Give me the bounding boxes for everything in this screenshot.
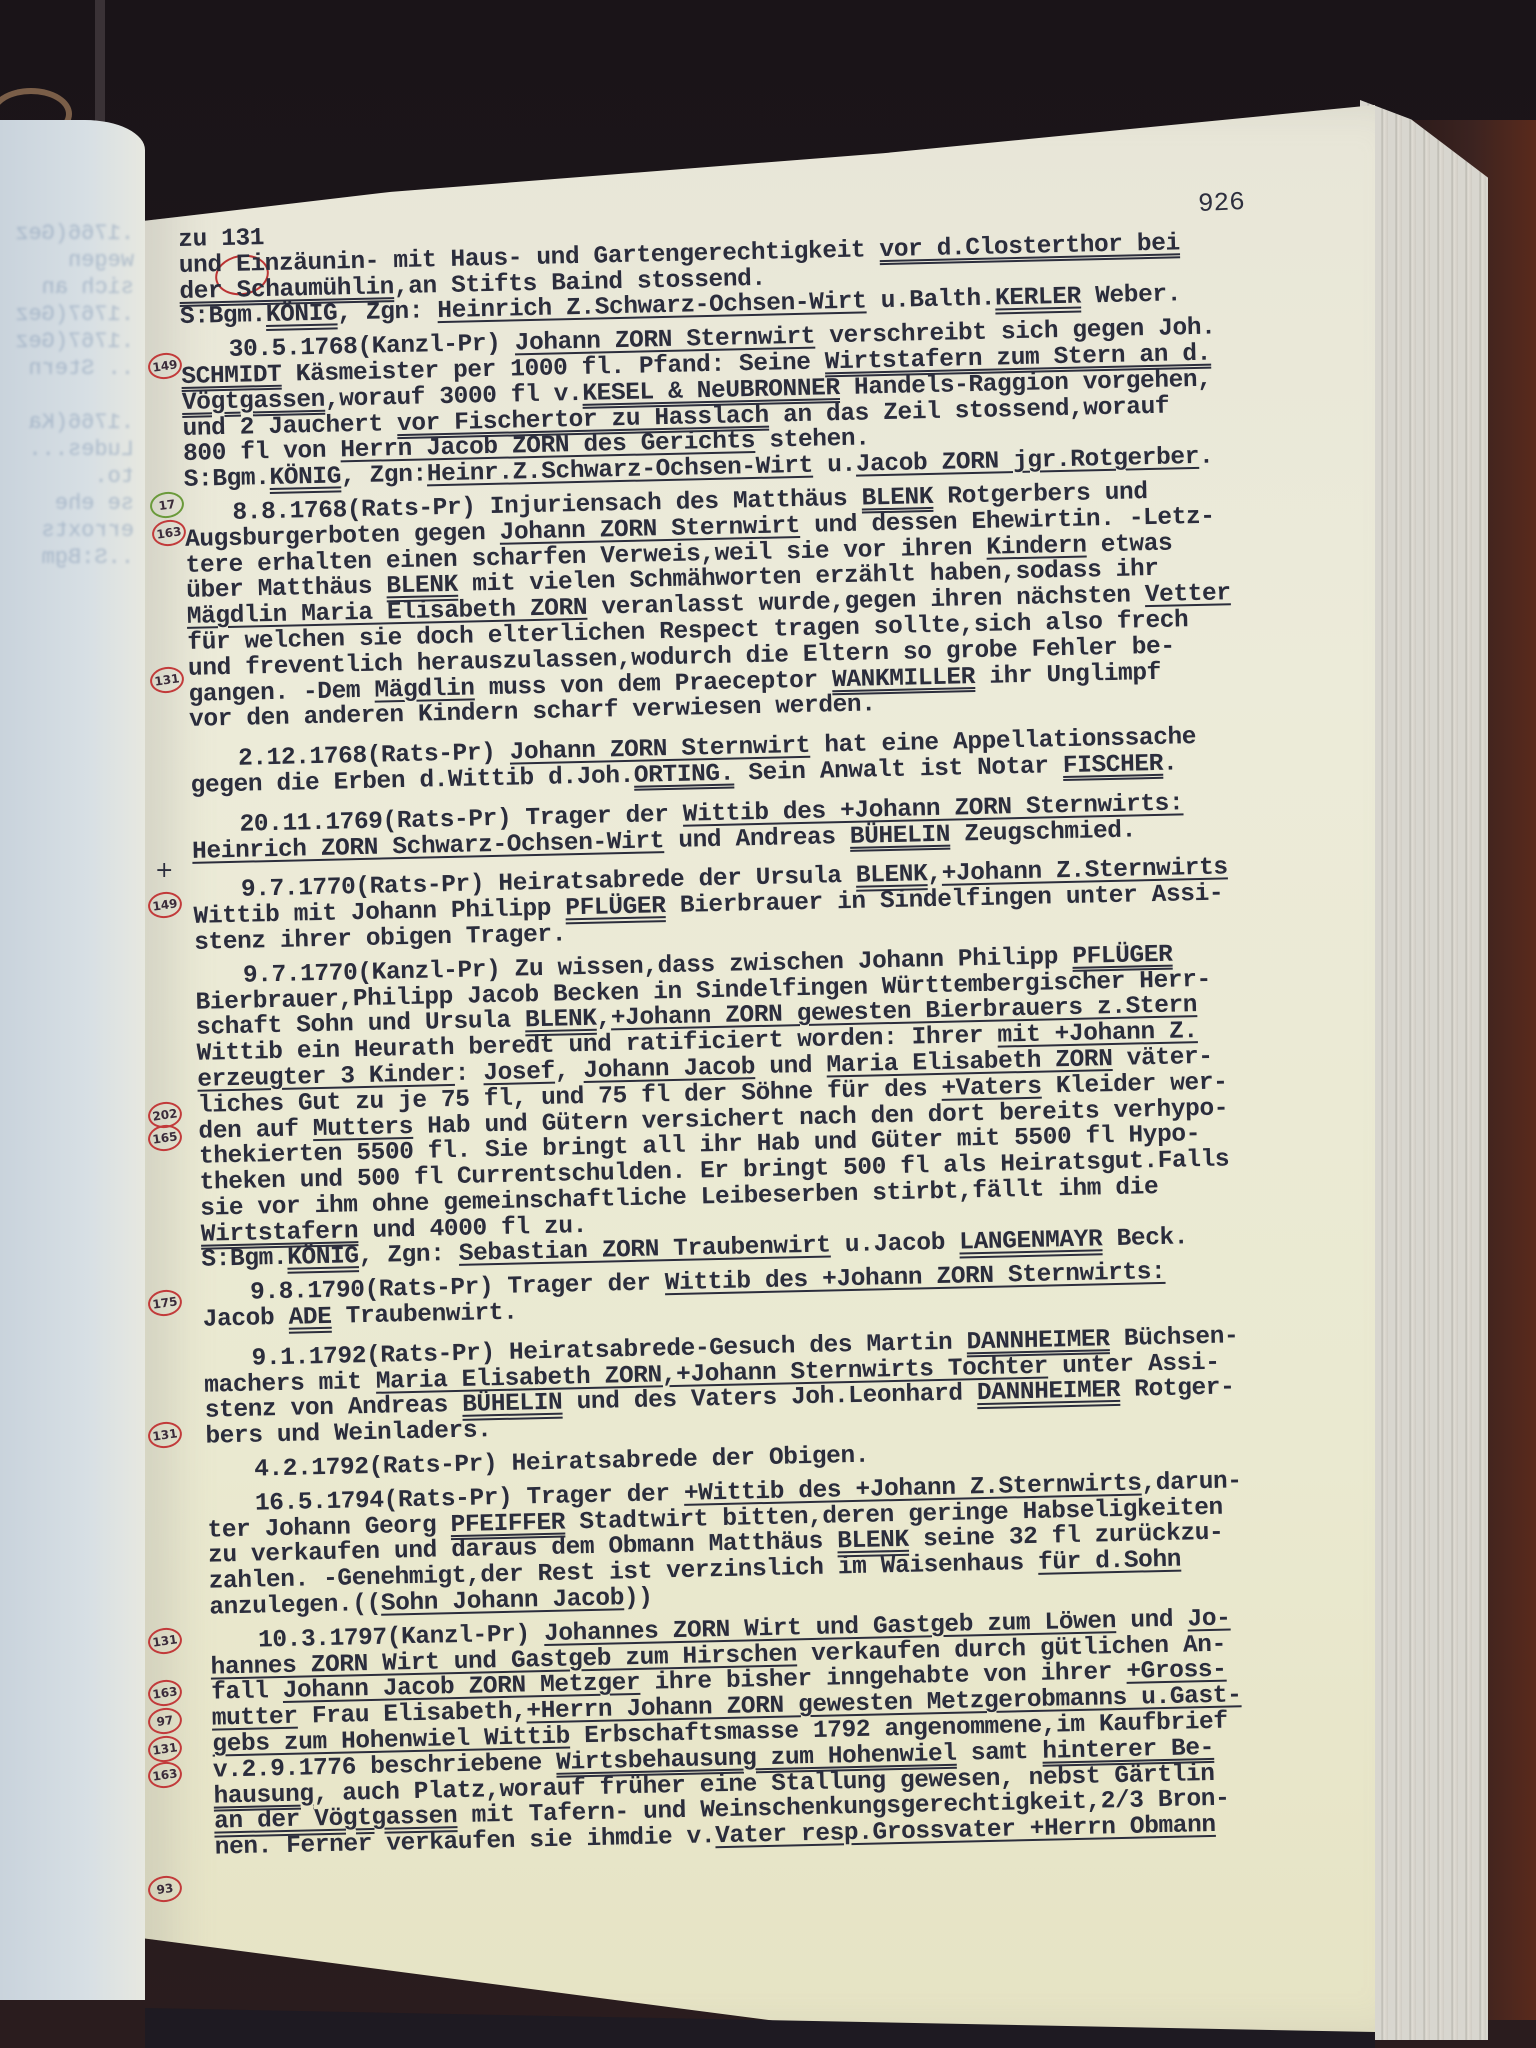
surname: BÜHELIN [850, 821, 951, 850]
surname: PFLÜGER [565, 893, 666, 922]
surname: BLENK [525, 1006, 597, 1035]
surname: BÜHELIN [462, 1390, 563, 1419]
text-run: )) [624, 1585, 653, 1613]
text-run: Zeugschmied. [950, 817, 1137, 848]
text-run: , Zgn: [358, 1241, 459, 1270]
text-run: ,darun- [1141, 1468, 1242, 1497]
surname: LANGENMAYR [959, 1227, 1103, 1257]
text-run: und [755, 1052, 827, 1081]
surname: BLENK [386, 572, 458, 601]
surname: FISCHER [1063, 751, 1164, 780]
text-run: u.Balth. [866, 286, 995, 316]
underlined-person: mutter [212, 1704, 298, 1733]
facing-left-page: .1766(Gez wegen sich an .1767(Gez .1767(… [0, 120, 145, 2000]
text-run: u.Jacob [830, 1230, 959, 1260]
underlined-person: +Gross- [1126, 1657, 1227, 1686]
ref-number: 131 [221, 225, 265, 253]
underlined-term: +Vaters [941, 1073, 1042, 1102]
text-run: etwas [1086, 530, 1172, 559]
text-run: , Zgn: [341, 462, 427, 491]
text-run: Traubenwirt. [331, 1300, 518, 1331]
text-run: , [927, 861, 942, 888]
text-run: : [454, 1060, 483, 1088]
surname: PFLÜGER [1072, 941, 1173, 970]
surname: BLENK [861, 484, 933, 513]
text-run: S:Bgm. [183, 465, 269, 494]
text-run: . [1163, 750, 1178, 777]
underlined-person: Sohn Johann Jacob [381, 1585, 625, 1618]
text-run: fall [211, 1678, 283, 1707]
typewritten-body: zu 131 und Einzäunin- mit Haus- und Gart… [178, 201, 1395, 1869]
text-run: , [596, 1006, 611, 1033]
text-run: Weber. [1081, 282, 1182, 311]
text-run: anzulegen.(( [209, 1591, 381, 1622]
surname: KÖNIG [266, 301, 338, 330]
surname: PFEIFFER [450, 1509, 565, 1539]
underlined-place: hausung [213, 1781, 314, 1810]
underlined-term: Kindern [986, 532, 1087, 561]
underlined-term: Mutters [313, 1113, 414, 1142]
surname: BLENK [856, 861, 928, 890]
death-cross-mark: + [155, 858, 173, 883]
entry-1769-11-20: 20.11.1769(Rats-Pr) Trager der Wittib de… [191, 787, 1372, 865]
surname: ADE [288, 1304, 332, 1332]
entry-1768-12-02: 2.12.1768(Rats-Pr) Johann ZORN Sternwirt… [190, 721, 1371, 799]
surname: KERLER [995, 284, 1081, 313]
text-run: und [1116, 1606, 1188, 1635]
surname: ORTING. [634, 760, 735, 789]
text-run: S:Bgm. [180, 302, 266, 331]
underlined-term: Mägdlin [374, 675, 475, 704]
text-run: S:Bgm. [201, 1245, 287, 1274]
text-run: zu [178, 226, 222, 254]
text-run: und Andreas [664, 823, 851, 854]
entry-1770-07-09-kanzl: 9.7.1770(Kanzl-Pr) Zu wissen,dass zwisch… [195, 938, 1382, 1274]
text-run: väter- [1112, 1044, 1213, 1073]
underlined-person: Jo- [1187, 1605, 1231, 1633]
surname: DANNHEIMER [977, 1377, 1121, 1407]
text-run: . [1199, 444, 1214, 471]
entry-1792-01-09: 9.1.1792(Rats-Pr) Heiratsabrede-Gesuch d… [203, 1321, 1385, 1451]
underlined-term: Vetter [1145, 580, 1231, 609]
bleed-through-text: .1766(Gez wegen sich an .1767(Gez .1767(… [0, 220, 134, 571]
text-run: samt [956, 1739, 1042, 1768]
underlined-person: Josef [483, 1059, 555, 1088]
entry-1768-08-08: 8.8.1768(Rats-Pr) Injuriensach des Matth… [184, 475, 1369, 734]
text-run: , [555, 1058, 584, 1086]
text-run: , Zgn: [337, 299, 438, 328]
surname: SCHMIDT [181, 362, 282, 391]
entry-1794-05-16: 16.5.1794(Rats-Pr) Trager der +Wittib de… [207, 1466, 1390, 1622]
entry-1768-05-30: 30.5.1768(Kanzl-Pr) Johann ZORN Sternwir… [181, 312, 1364, 494]
text-run: den auf [198, 1116, 313, 1146]
text-run: Beck. [1102, 1225, 1188, 1254]
surname: WANKMILLER [832, 664, 976, 694]
text-run: Büchsen- [1109, 1323, 1238, 1353]
surname: KÖNIG [287, 1244, 359, 1273]
text-run: Rotger- [1120, 1375, 1235, 1405]
text-run: Jacob [202, 1305, 288, 1334]
underlined-term: für d.Sohn [1038, 1547, 1182, 1577]
surname: BLENK [837, 1527, 909, 1556]
background-strap [95, 0, 105, 140]
surname: KÖNIG [269, 464, 341, 493]
entry-1797-03-10: 10.3.1797(Kanzl-Pr) Johannes ZORN Wirt u… [210, 1603, 1395, 1862]
text-run: u. [813, 452, 857, 480]
